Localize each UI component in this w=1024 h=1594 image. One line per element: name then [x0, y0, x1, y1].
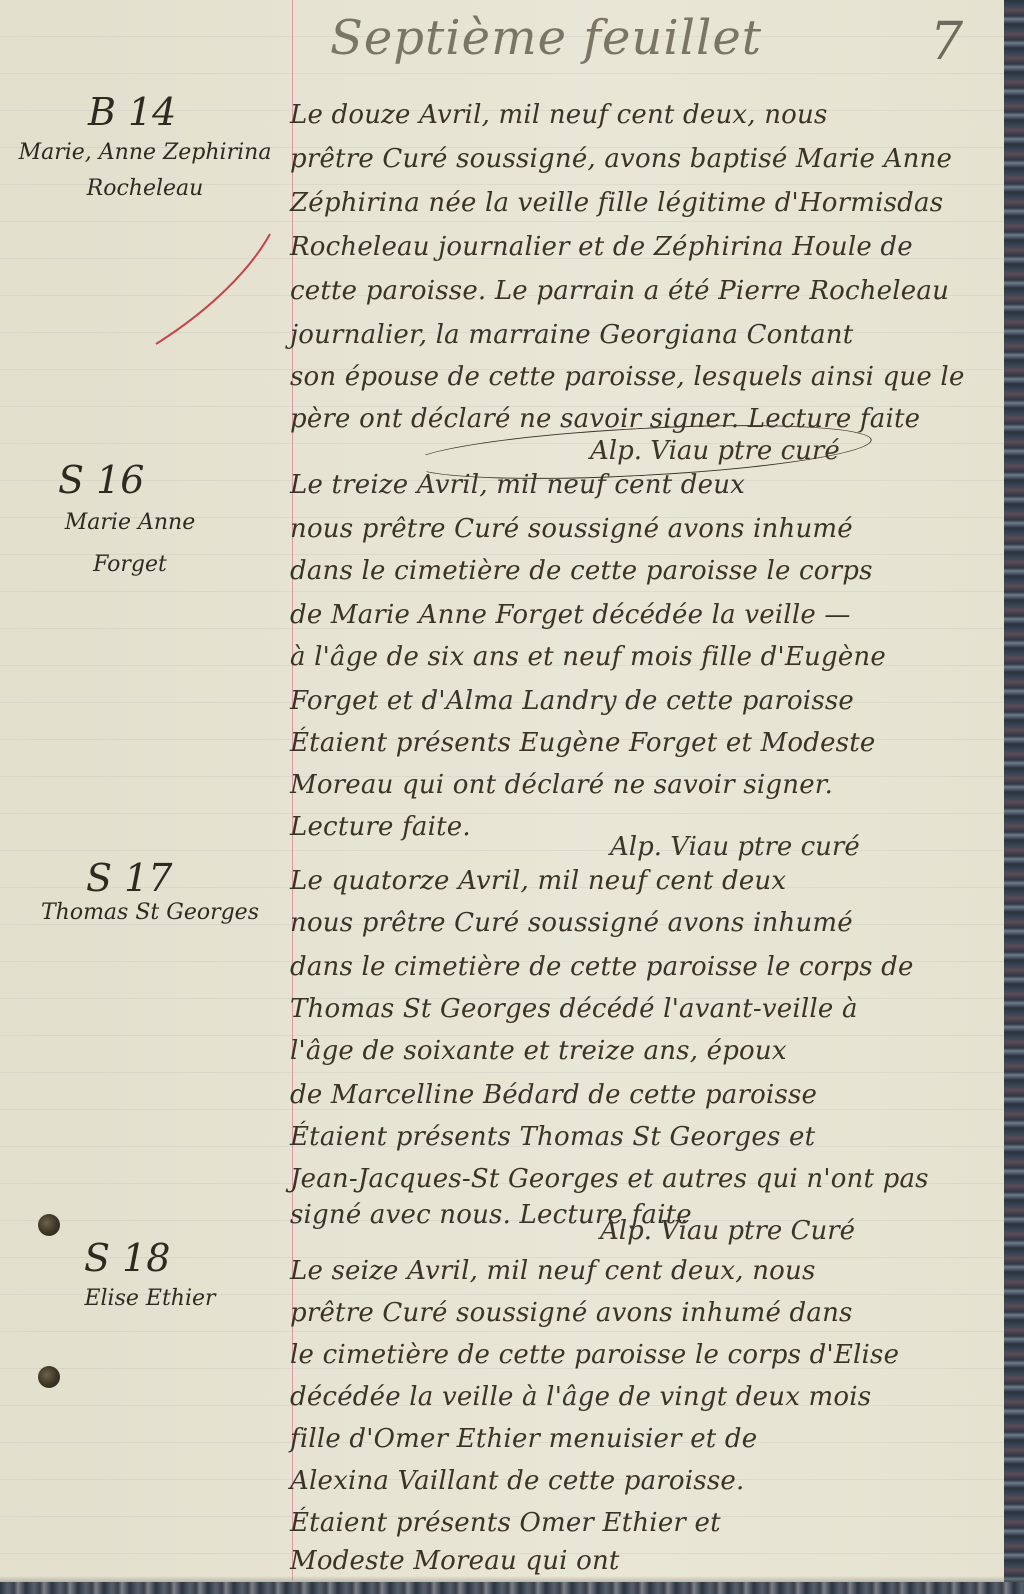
entry-text-line: à l'âge de six ans et neuf mois fille d'…: [290, 642, 990, 672]
priest-signature: Alp. Viau ptre curé: [590, 436, 840, 466]
entry-name: Thomas St Georges: [10, 900, 290, 925]
entry-code: S 16: [58, 458, 144, 502]
entry-text-line: nous prêtre Curé soussigné avons inhumé: [290, 514, 990, 544]
entry-text-line: Alexina Vaillant de cette paroisse.: [290, 1466, 990, 1496]
entry-text-line: prêtre Curé soussigné avons inhumé dans: [290, 1298, 990, 1328]
book-binding-edge: [1004, 0, 1024, 1594]
entry-text-line: Moreau qui ont déclaré ne savoir signer.: [290, 770, 990, 800]
red-check-mark-icon: [150, 230, 280, 350]
priest-signature: Alp. Viau ptre curé: [610, 832, 860, 862]
entry-text-line: de Marie Anne Forget décédée la veille —: [290, 600, 990, 630]
entry-code: B 14: [88, 90, 176, 134]
punch-hole: [38, 1366, 60, 1388]
entry-text-line: Le seize Avril, mil neuf cent deux, nous: [290, 1256, 990, 1286]
entry-text-line: Le quatorze Avril, mil neuf cent deux: [290, 866, 990, 896]
entry-text-line: Étaient présents Eugène Forget et Modest…: [290, 728, 990, 758]
entry-name: Forget: [0, 552, 260, 577]
page-number: 7: [930, 12, 963, 72]
entry-text-line: Le treize Avril, mil neuf cent deux: [290, 470, 990, 500]
entry-text-line: cette paroisse. Le parrain a été Pierre …: [290, 276, 990, 306]
register-page: Septième feuillet 7 B 14 Marie, Anne Zep…: [0, 0, 1024, 1594]
entry-text-line: Thomas St Georges décédé l'avant-veille …: [290, 994, 990, 1024]
entry-text-line: dans le cimetière de cette paroisse le c…: [290, 556, 990, 586]
entry-code: S 17: [86, 856, 172, 900]
priest-signature: Alp. Viau ptre Curé: [600, 1216, 855, 1246]
entry-text-line: Rocheleau journalier et de Zéphirina Hou…: [290, 232, 990, 262]
entry-text-line: Le douze Avril, mil neuf cent deux, nous: [290, 100, 990, 130]
book-binding-bottom: [0, 1582, 1024, 1594]
entry-text-line: de Marcelline Bédard de cette paroisse: [290, 1080, 990, 1110]
entry-name: Marie Anne: [0, 510, 260, 535]
entry-text-line: Forget et d'Alma Landry de cette paroiss…: [290, 686, 990, 716]
entry-text-line: nous prêtre Curé soussigné avons inhumé: [290, 908, 990, 938]
entry-text-line: le cimetière de cette paroisse le corps …: [290, 1340, 990, 1370]
entry-text-line: l'âge de soixante et treize ans, époux: [290, 1036, 990, 1066]
entry-text-line: dans le cimetière de cette paroisse le c…: [290, 952, 990, 982]
punch-hole: [38, 1214, 60, 1236]
entry-text-line: prêtre Curé soussigné, avons baptisé Mar…: [290, 144, 990, 174]
entry-name: Rocheleau: [10, 176, 280, 201]
entry-name: Marie, Anne Zephirina: [10, 140, 280, 165]
entry-text-line: Zéphirina née la veille fille légitime d…: [290, 188, 990, 218]
entry-text-line: Jean-Jacques-St Georges et autres qui n'…: [290, 1164, 990, 1194]
entry-text-line: son épouse de cette paroisse, lesquels a…: [290, 362, 990, 392]
entry-text-line: journalier, la marraine Georgiana Contan…: [290, 320, 990, 350]
entry-text-line: Étaient présents Thomas St Georges et: [290, 1122, 990, 1152]
entry-text-line: Modeste Moreau qui ont: [290, 1546, 990, 1576]
entry-code: S 18: [84, 1236, 170, 1280]
page-header-title: Septième feuillet: [330, 10, 762, 66]
entry-text-line: Étaient présents Omer Ethier et: [290, 1508, 990, 1538]
entry-text-line: décédée la veille à l'âge de vingt deux …: [290, 1382, 990, 1412]
entry-name: Elise Ethier: [20, 1286, 280, 1311]
entry-text-line: fille d'Omer Ethier menuisier et de: [290, 1424, 990, 1454]
